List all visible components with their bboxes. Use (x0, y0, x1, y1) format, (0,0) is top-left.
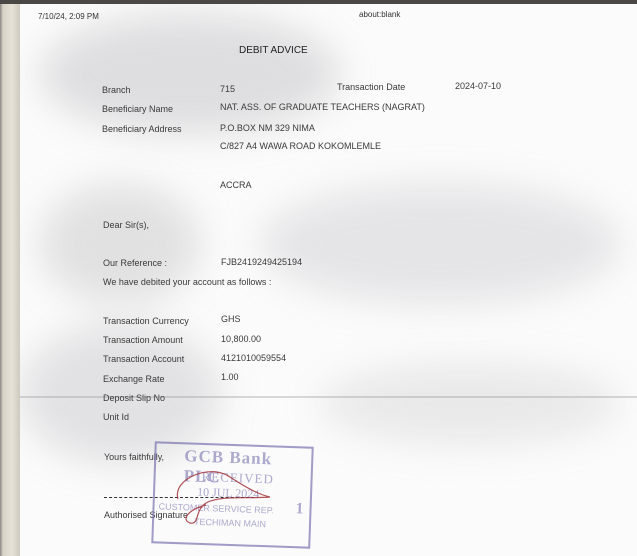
handwritten-signature (170, 459, 280, 529)
beneficiary-name-value: NAT. ASS. OF GRADUATE TEACHERS (NAGRAT) (220, 102, 425, 112)
print-url: about:blank (359, 10, 400, 19)
paper-shading (260, 184, 620, 304)
beneficiary-name-label: Beneficiary Name (102, 104, 173, 114)
detail-label: Unit Id (103, 412, 129, 422)
beneficiary-address-line: ACCRA (220, 180, 252, 190)
branch-label: Branch (102, 85, 131, 95)
detail-value: 4121010059554 (221, 353, 286, 363)
debit-intro: We have debited your account as follows … (103, 277, 271, 287)
stamp-number: 1 (295, 500, 304, 518)
salutation: Dear Sir(s), (103, 220, 149, 230)
transaction-date-value: 2024-07-10 (455, 81, 501, 91)
detail-label: Transaction Amount (103, 335, 183, 345)
reference-label: Our Reference : (103, 258, 167, 268)
paper-shading (320, 364, 620, 444)
beneficiary-address-line: C/827 A4 WAWA ROAD KOKOMLEMLE (220, 141, 381, 151)
detail-label: Deposit Slip No (103, 393, 165, 403)
detail-value: 1.00 (221, 372, 239, 382)
detail-value: 10,800.00 (221, 334, 261, 344)
debit-advice-page: 7/10/24, 2:09 PM about:blank DEBIT ADVIC… (20, 4, 637, 556)
detail-label: Transaction Currency (103, 316, 189, 326)
detail-value: GHS (221, 314, 241, 324)
document-title: DEBIT ADVICE (239, 45, 308, 56)
print-datetime: 7/10/24, 2:09 PM (38, 12, 99, 21)
scan-margin (0, 4, 20, 556)
paper-shading (40, 14, 340, 134)
transaction-date-label: Transaction Date (337, 82, 405, 92)
beneficiary-address-line: P.O.BOX NM 329 NIMA (220, 123, 315, 133)
detail-label: Exchange Rate (103, 374, 165, 384)
beneficiary-address-label: Beneficiary Address (102, 124, 182, 134)
reference-value: FJB2419249425194 (221, 257, 302, 267)
detail-label: Transaction Account (103, 354, 184, 364)
branch-value: 715 (220, 84, 235, 94)
